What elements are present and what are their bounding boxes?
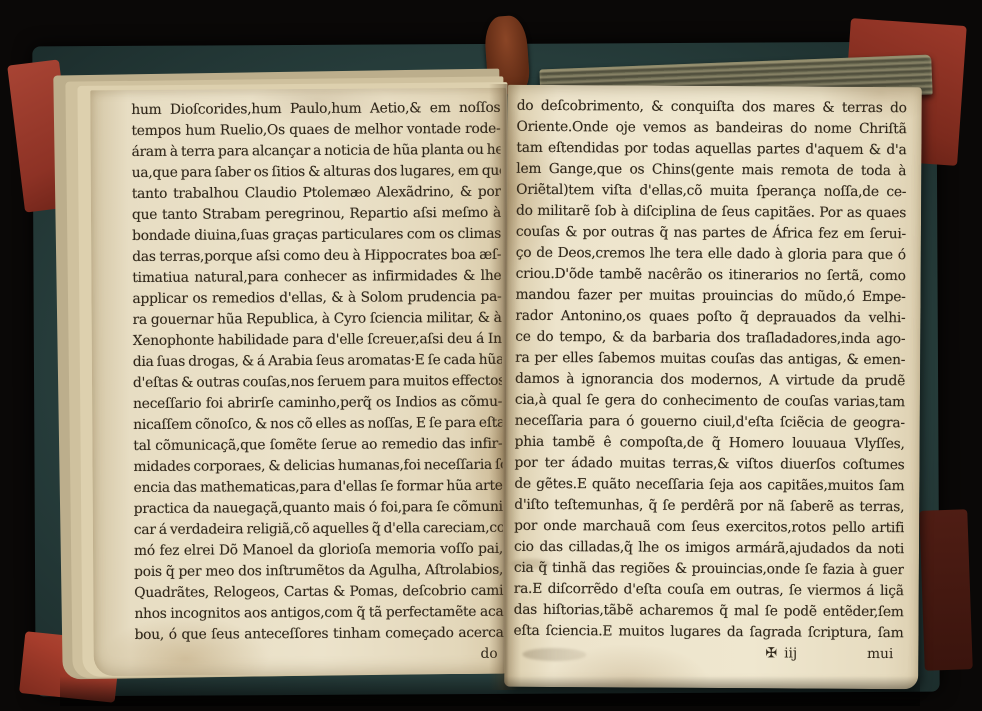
text-line: tam eſtendidas por todas aquellas partes… bbox=[516, 138, 906, 161]
text-line: ço de Deos,cremos lhe tera elle dado à g… bbox=[516, 243, 906, 266]
text-line: encia das mathematicas,para d'ellas ſe f… bbox=[134, 476, 503, 499]
text-line: damos à ignorancia dos modernos, A virtu… bbox=[515, 369, 905, 392]
text-line: eſta ſciencia.E muitos lugares da ſagrad… bbox=[513, 621, 903, 644]
cover-corner-bottom-right bbox=[919, 509, 973, 671]
catchword: mui bbox=[867, 644, 894, 665]
text-line: practica da nauegaçã,quanto mais ó foi,p… bbox=[134, 497, 503, 520]
text-line: Xenophonte habilidade para d'elle ſcreue… bbox=[133, 329, 502, 352]
maltese-cross-icon: ✠ bbox=[765, 643, 777, 664]
text-line: áram à terra para alcançar a noticia de … bbox=[132, 140, 501, 163]
text-line: nhos incognitos aos antigos,com q̃ tã pe… bbox=[134, 602, 503, 625]
text-line: Oriente.Onde oje vemos as bandeiras do n… bbox=[517, 117, 907, 140]
text-line: nicaſſem cõnoſco, & nos cõ elles as noſſ… bbox=[133, 413, 502, 436]
signature-line: ✠ iij mui bbox=[513, 642, 903, 665]
text-line: das hiſtorias,tãbẽ acharemos q̃ mal ſe p… bbox=[514, 600, 904, 623]
text-line: por ter ádado muitas terras,& viſtos diu… bbox=[514, 453, 904, 476]
text-line: ce do tempo, & da barbaria dos traſladad… bbox=[515, 327, 905, 350]
text-line: ua,que para ſaber os ſitios & alturas do… bbox=[132, 161, 501, 184]
text-line: ra gouernar hũa Republica, à Cyro ſcienc… bbox=[133, 308, 502, 331]
text-line: das terras,porque aſsi como deu à Hippoc… bbox=[132, 245, 501, 268]
right-page: do deſcobrimento, & conquiſta dos mares … bbox=[504, 85, 922, 690]
text-line: neceſſario foi abrirſe caminho,perq̃ os … bbox=[133, 392, 502, 415]
book-photograph: hum Dioſcorides,hum Paulo,hum Aetio,& em… bbox=[0, 0, 982, 711]
text-line: couſas & por outras q̃ nas partes de Áfr… bbox=[516, 222, 906, 245]
text-line: tanto trabalhou Claudio Ptolemæo Alexãdr… bbox=[132, 182, 501, 205]
text-line: do deſcobrimento, & conquiſta dos mares … bbox=[517, 96, 907, 119]
text-line: applicar os remedios d'ellas, & à Solom … bbox=[132, 287, 501, 310]
text-line: bou, ó que ſeus anteceſſores tinham come… bbox=[134, 623, 503, 646]
text-line: Quadrãtes, Relogeos, Cartas & Pomas, deſ… bbox=[134, 581, 503, 604]
text-line: de gẽtes.E quãto neceſſaria ſeja aos cap… bbox=[514, 474, 904, 497]
text-line: cio das cilladas,q̃ lhe os imigos armárã… bbox=[514, 537, 904, 560]
text-line: pois q̃ per meo dos inſtrumẽtos da Agulh… bbox=[134, 560, 503, 583]
text-line: Oriẽtal)tem viſta d'ellas,cõ muita ſpera… bbox=[516, 180, 906, 203]
text-line: tal cõmunicaçã,que ſomẽte ſerue ao remed… bbox=[133, 434, 502, 457]
text-line: dia ſuas drogas, & á Arabia ſeus aromata… bbox=[133, 350, 502, 373]
left-catchword-line: do bbox=[135, 644, 504, 667]
text-line: ra.E diſcorrẽdo d'eſta couſa em outras, … bbox=[514, 579, 904, 602]
text-line: mó fez elrei Dõ Manoel da glorioſa memor… bbox=[134, 539, 503, 562]
right-page-lines: do deſcobrimento, & conquiſta dos mares … bbox=[513, 96, 906, 644]
text-line: cia q̃ tinhã das regiões & prouincias,on… bbox=[514, 558, 904, 581]
text-line: d'iſto teſtemunhas, q̃ ſe perdêrã por nã… bbox=[514, 495, 904, 518]
left-page-lines: hum Dioſcorides,hum Paulo,hum Aetio,& em… bbox=[131, 98, 503, 646]
text-line: cia,à qual ſe gera do conhecimento de co… bbox=[515, 390, 905, 413]
text-line: criou.D'õde tambẽ nacêrão os itinerarios… bbox=[516, 264, 906, 287]
text-line: phia tambẽ ê compoſta,de q̃ Homero louua… bbox=[515, 432, 905, 455]
text-line: mandou fazer per muitas prouincias do mũ… bbox=[515, 285, 905, 308]
signature-numeral: iij bbox=[784, 643, 797, 664]
text-line: que tanto Strabam peregrinou, Repartio a… bbox=[132, 203, 501, 226]
text-line: midades corporaes, & delicias humanas,fo… bbox=[133, 455, 502, 478]
text-line: ra per elles ſabemos muitas couſas das a… bbox=[515, 348, 905, 371]
text-line: timatiua natural,para conhecer as infirm… bbox=[132, 266, 501, 289]
text-line: car á verdadeira religiã,cõ aquelles q̃ … bbox=[134, 518, 503, 541]
text-line: neceſſaria para ó gouerno ciuil,d'eſta ſ… bbox=[515, 411, 905, 434]
text-line: do militarẽ ſob à diſciplina de ſeus cap… bbox=[516, 201, 906, 224]
text-line: tempos hum Ruelio,Os quaes de melhor von… bbox=[131, 119, 500, 142]
text-line: por onde marchauã com ſeus exercitos,rot… bbox=[514, 516, 904, 539]
text-line: d'eſtas & outras couſas,nos ſeruem para … bbox=[133, 371, 502, 394]
text-line: hum Dioſcorides,hum Paulo,hum Aetio,& em… bbox=[131, 98, 500, 121]
text-line: lem Gange,que os Chins(gente mais remota… bbox=[516, 159, 906, 182]
text-line: rador Antonino,os quaes poſto q̃ depraua… bbox=[515, 306, 905, 329]
left-page-text: hum Dioſcorides,hum Paulo,hum Aetio,& em… bbox=[131, 98, 503, 667]
left-page: hum Dioſcorides,hum Paulo,hum Aetio,& em… bbox=[90, 88, 510, 677]
text-line: bondade diuina,ſuas graças particulares … bbox=[132, 224, 501, 247]
catchword: do bbox=[480, 644, 497, 665]
right-page-text: do deſcobrimento, & conquiſta dos mares … bbox=[513, 96, 906, 665]
